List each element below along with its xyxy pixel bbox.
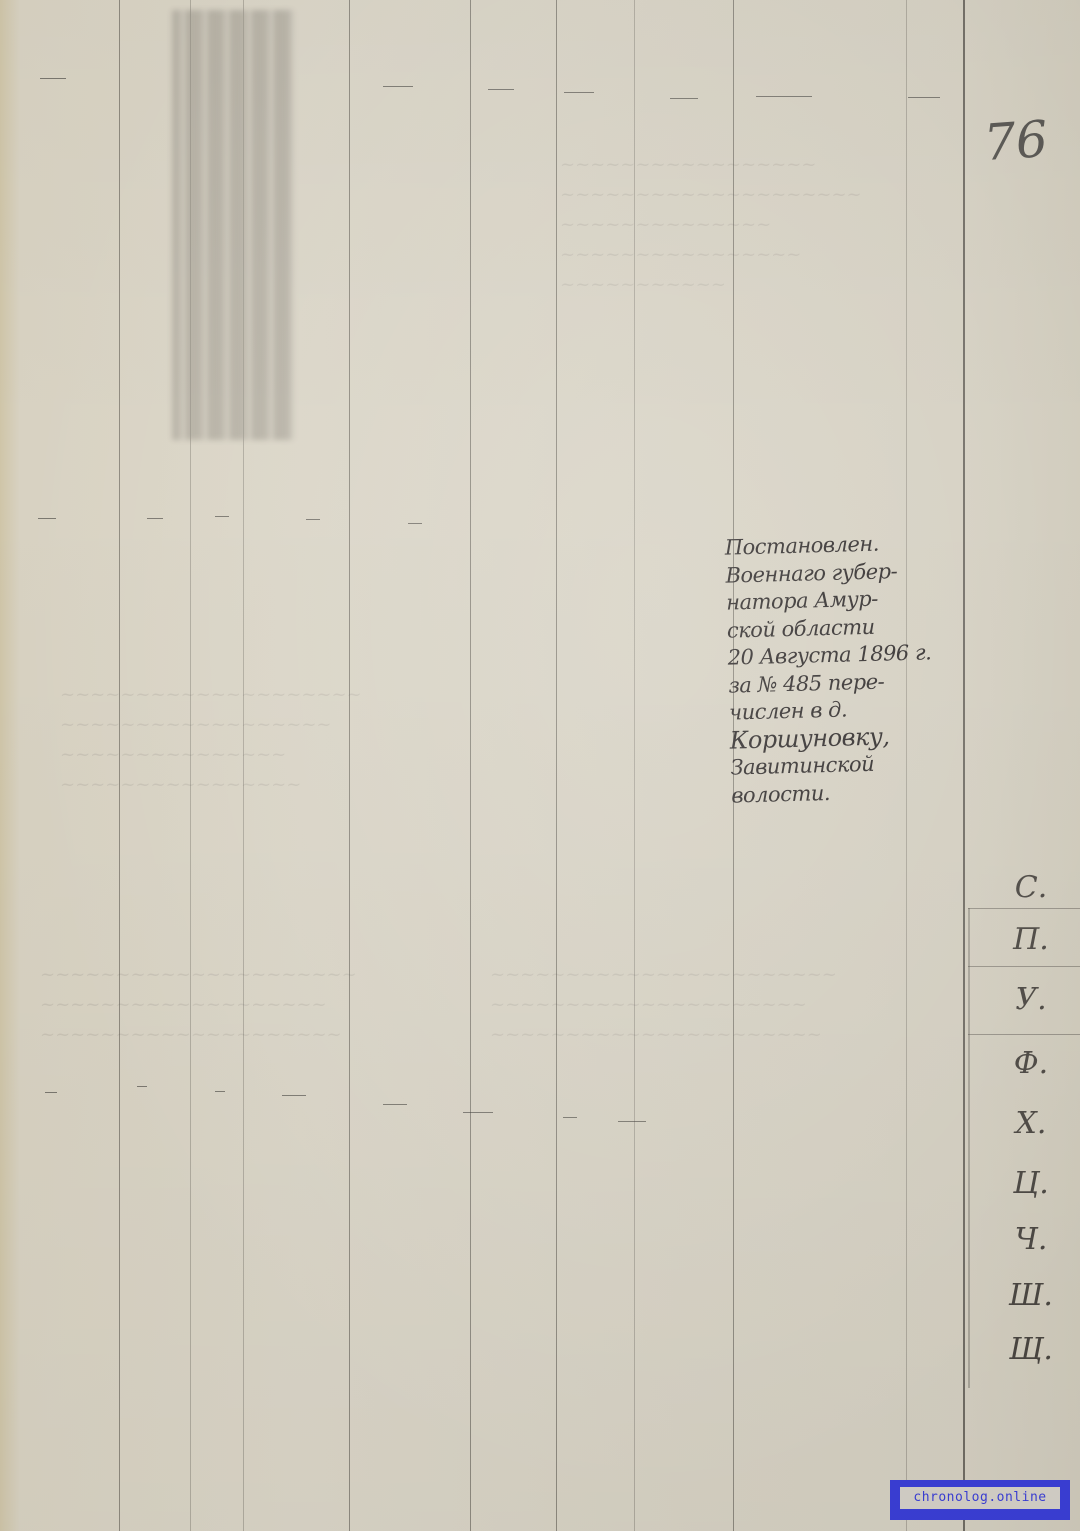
column-line [470,0,471,1531]
dash-mark [383,86,413,87]
index-tab-kh[interactable]: Х. [968,1098,1080,1150]
column-line [963,0,965,1531]
index-tab-ts[interactable]: Ц. [968,1158,1080,1210]
dash-mark [282,1095,306,1096]
dash-mark [670,98,698,99]
dash-mark [45,1092,57,1093]
annotation-line: волости. [731,777,932,810]
index-tab-p[interactable]: П. [968,914,1080,966]
dash-mark [306,519,320,520]
bleed-through-text: ~~~~~~~~~~~~~~~~~~~~ ~~~~~~~~~~~~~~~~~~ … [60,680,362,800]
dash-mark [756,96,812,97]
alphabet-index-tabs: С. П. У. Ф. Х. Ц. Ч. Ш. Щ. [968,870,1080,1390]
index-tab-u[interactable]: У. [968,974,1080,1026]
index-tab-sh[interactable]: Ш. [968,1270,1080,1322]
bleed-through-text: ~~~~~~~~~~~~~~~~~~~~~ ~~~~~~~~~~~~~~~~~~… [40,960,357,1050]
index-tab-f[interactable]: Ф. [968,1038,1080,1090]
dash-mark [383,1104,407,1105]
dash-mark [215,1091,225,1092]
bleed-through-text: ~~~~~~~~~~~~~~~~~~~~~~~ ~~~~~~~~~~~~~~~~… [490,960,837,1050]
column-line [556,0,557,1531]
dash-mark [215,516,229,517]
tab-divider [968,1034,1080,1035]
watermark-badge: chronolog.online [890,1480,1070,1520]
dash-mark [147,518,163,519]
dash-mark [908,97,940,98]
dash-mark [463,1112,493,1113]
redacted-name-column [172,10,294,440]
dash-mark [564,92,594,93]
index-tab-ch[interactable]: Ч. [968,1214,1080,1266]
annotation-line: Военнаго губер- [725,557,926,590]
index-tab-s[interactable]: С. [968,862,1080,914]
tab-divider [968,966,1080,967]
bleed-through-text: ~~~~~~~~~~~~~~~~~ ~~~~~~~~~~~~~~~~~~~~ ~… [560,150,862,300]
dash-mark [618,1121,646,1122]
dash-mark [408,523,422,524]
ledger-page: ~~~~~~~~~~~~~~~~~ ~~~~~~~~~~~~~~~~~~~~ ~… [0,0,1080,1531]
page-number: 76 [982,110,1050,172]
watermark-text: chronolog.online [900,1487,1060,1509]
dash-mark [40,78,66,79]
dash-mark [38,518,56,519]
annotation-line: 20 Августа 1896 г. [727,639,928,672]
dash-mark [488,89,514,90]
handwritten-annotation: Постановлен. Военнаго губер- натора Амур… [724,529,931,809]
dash-mark [563,1117,577,1118]
dash-mark [137,1086,147,1087]
index-tab-shch[interactable]: Щ. [968,1324,1080,1376]
